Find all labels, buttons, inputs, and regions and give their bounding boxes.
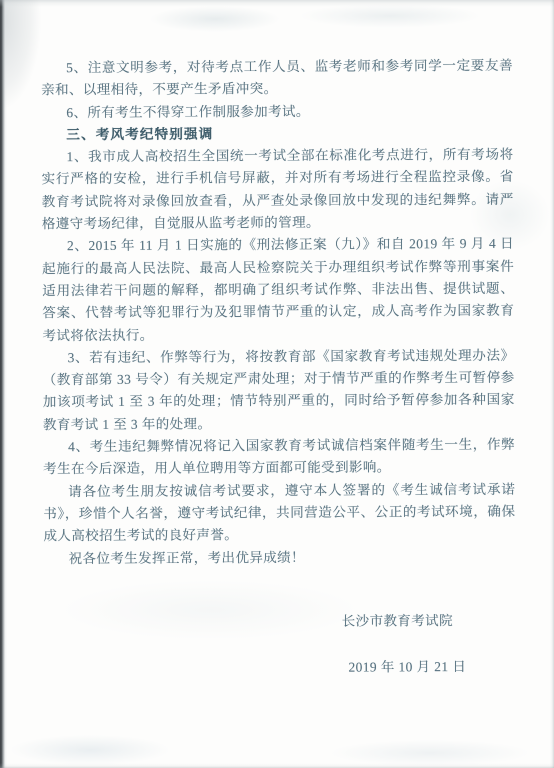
para-3-violation-penalties: 3、若有违纪、作弊等行为，将按教育部《国家教育考试违规处理办法》（教育部第 33… xyxy=(43,345,515,437)
scan-edge-bottom xyxy=(0,763,554,768)
section-heading-exam-discipline: 三、考风考纪特别强调 xyxy=(41,122,513,147)
scan-smudge xyxy=(10,735,170,765)
scan-edge-left xyxy=(0,0,7,768)
notice-body: 5、注意文明参考，对待考点工作人员、监考老师和参考同学一定要友善亲和、以理相待，… xyxy=(41,55,516,681)
para-5-civil-behavior: 5、注意文明参考，对待考点工作人员、监考老师和参考同学一定要友善亲和、以理相待，… xyxy=(41,55,513,102)
scan-smudge xyxy=(150,6,280,32)
signature-issuer: 长沙市教育考试院 xyxy=(44,610,516,635)
scan-smudge xyxy=(300,4,480,28)
signature-date: 2019 年 10 月 21 日 xyxy=(44,656,516,681)
scan-edge-right xyxy=(550,0,554,768)
scan-edge-top xyxy=(0,0,554,7)
para-well-wishes: 祝各位考生发挥正常，考出优异成绩！ xyxy=(44,545,516,570)
scanned-notice-page: 5、注意文明参考，对待考点工作人员、监考老师和参考同学一定要友善亲和、以理相待，… xyxy=(0,0,554,768)
para-2-criminal-law-amendment: 2、2015 年 11 月 1 日实施的《刑法修正案（九）》和自 2019 年 … xyxy=(42,233,515,347)
para-4-integrity-record: 4、考生违纪舞弊情况将记入国家教育考试诚信档案伴随考生一生，作弊考生在今后深造，… xyxy=(43,434,515,481)
para-integrity-commitment-appeal: 请各位考生朋友按诚信考试要求，遵守本人签署的《考生诚信考试承诺书》，珍惜个人名誉… xyxy=(43,478,515,547)
para-6-no-work-uniform: 6、所有考生不得穿工作制服参加考试。 xyxy=(41,99,513,124)
para-1-standardized-exam-sites: 1、我市成人高校招生全国统一考试全部在标准化考点进行，所有考场将实行严格的安检，… xyxy=(41,144,513,236)
